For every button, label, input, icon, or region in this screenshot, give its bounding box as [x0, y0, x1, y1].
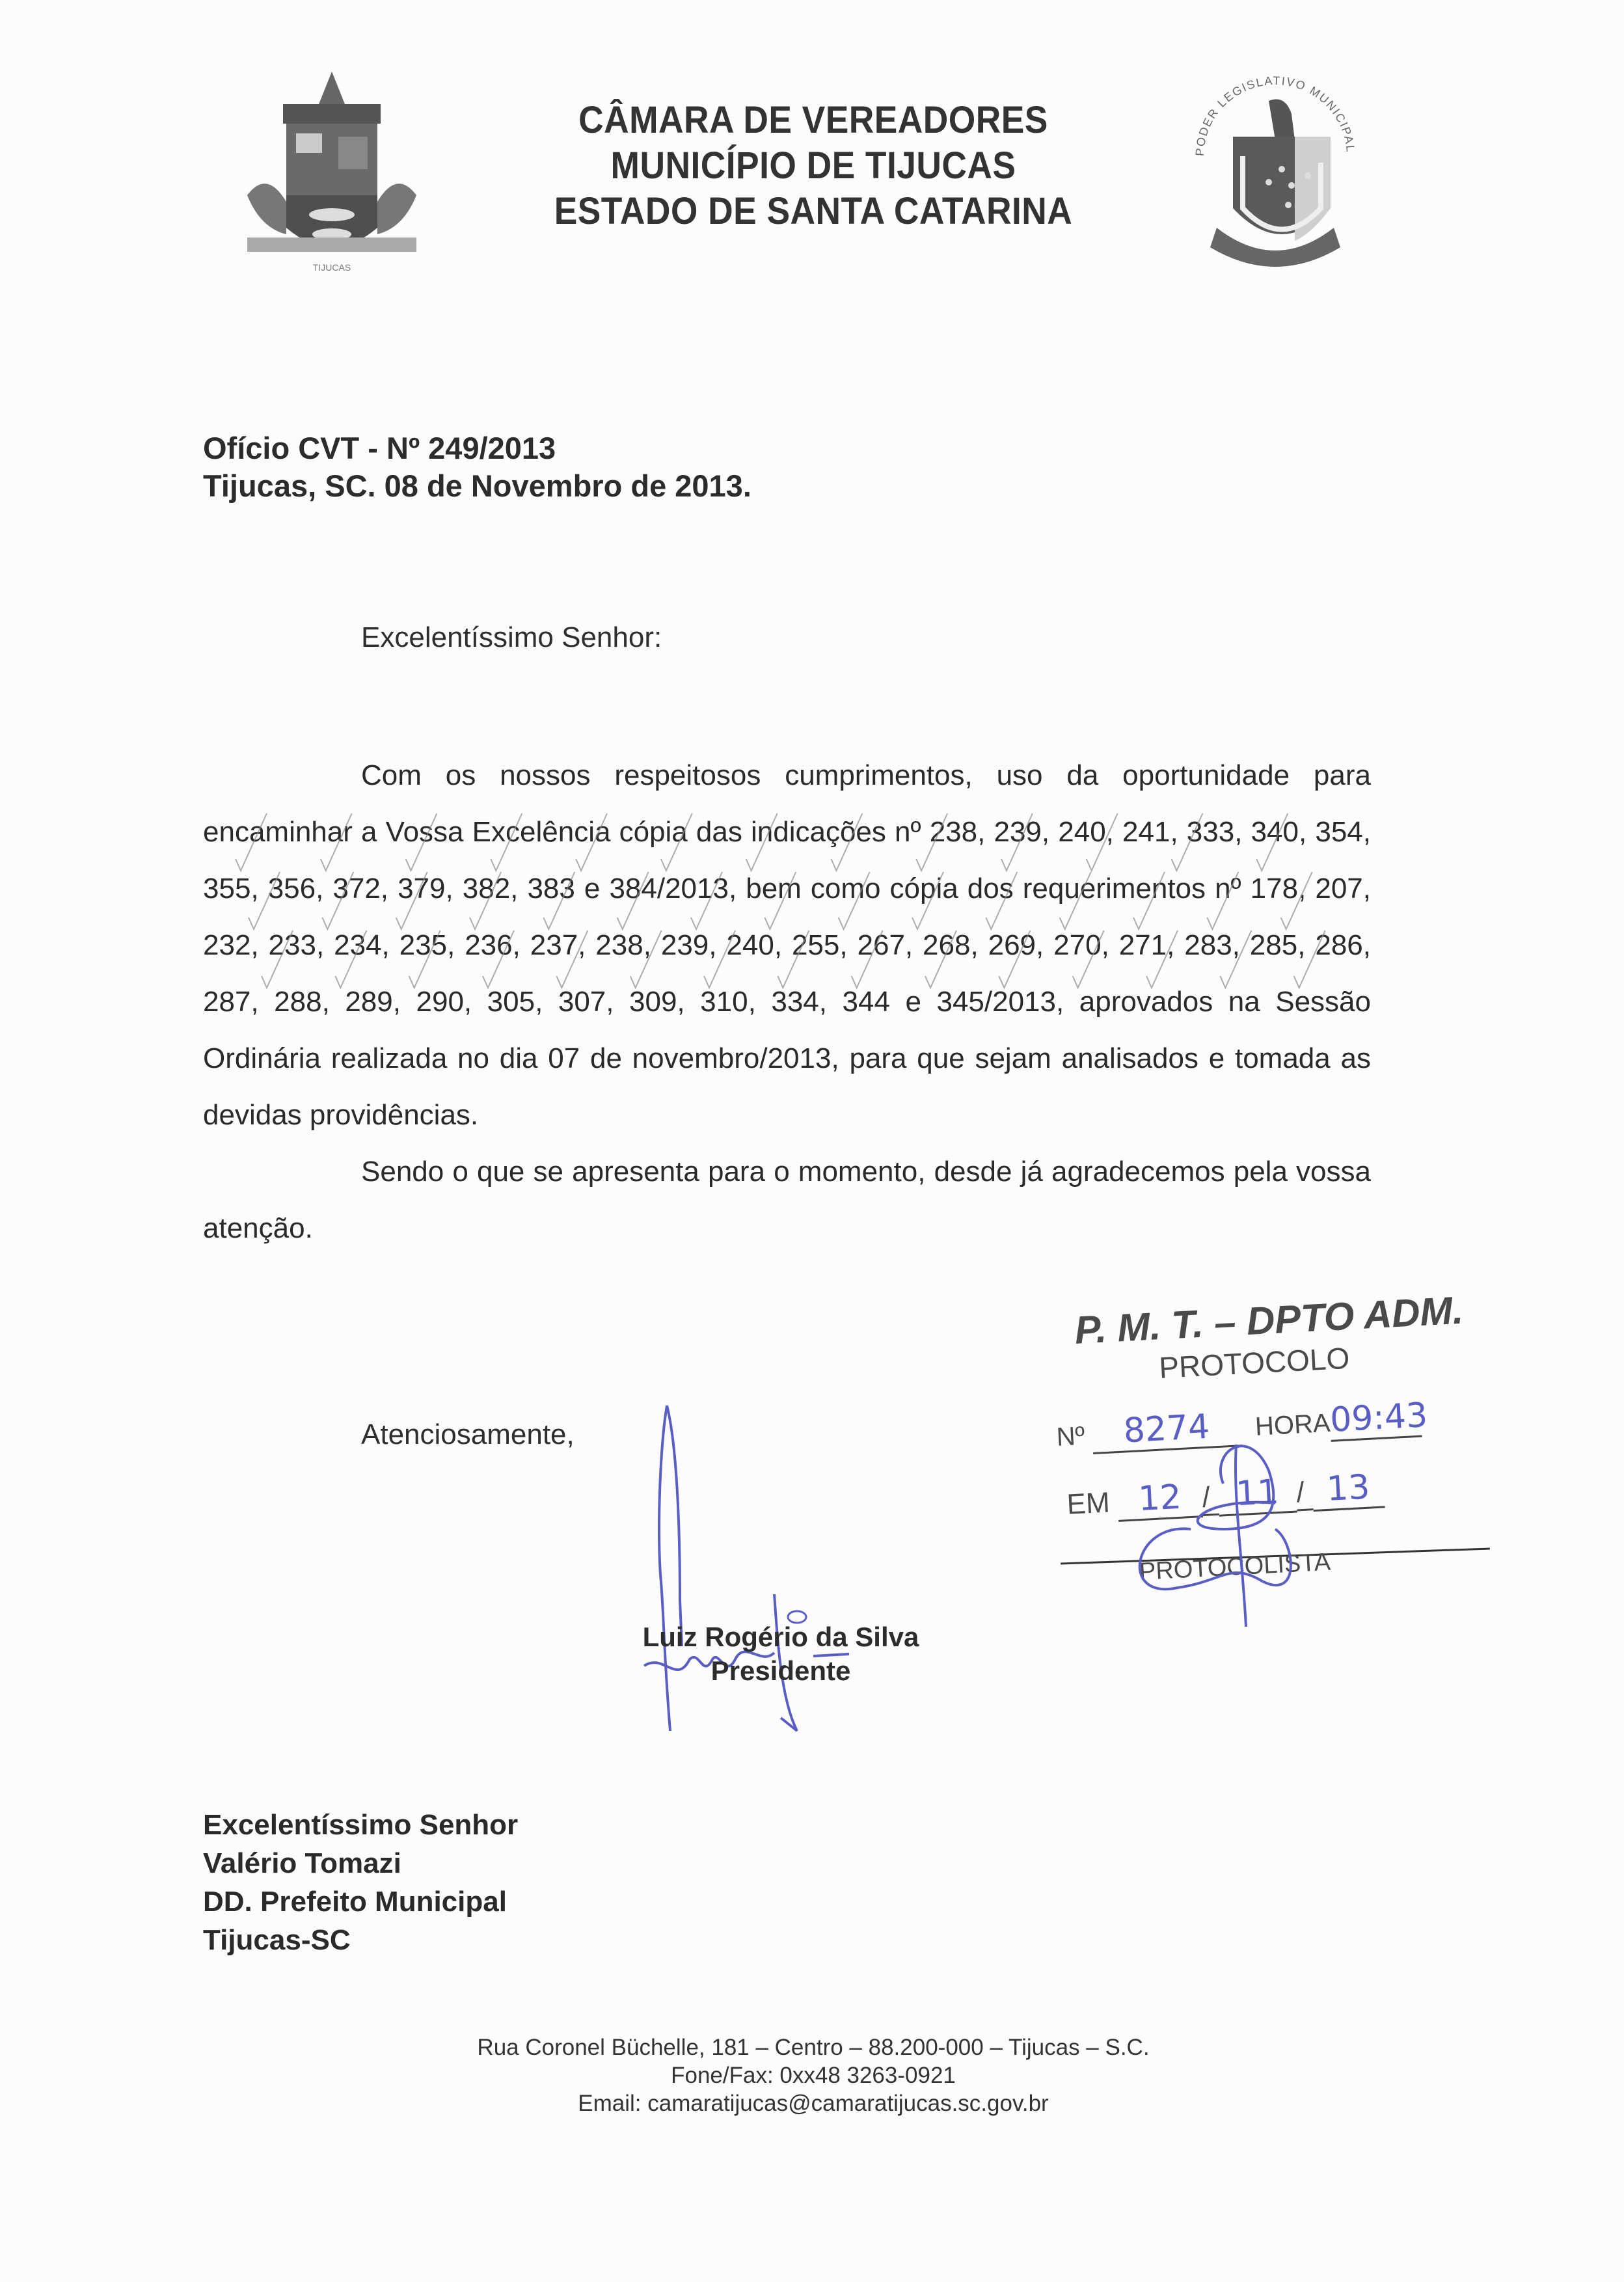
signature-icon [638, 1392, 1002, 1757]
body-paragraph-2: Sendo o que se apresenta para o momento,… [203, 1143, 1371, 1256]
stamp-number-label: Nº [1056, 1422, 1086, 1452]
place-date: Tijucas, SC. 08 de Novembro de 2013. [203, 467, 751, 505]
addressee-line-4: Tijucas-SC [203, 1921, 518, 1959]
oficio-block: Ofício CVT - Nº 249/2013 Tijucas, SC. 08… [203, 429, 751, 505]
letterhead-title: CÂMARA DE VEREADORES MUNICÍPIO DE TIJUCA… [455, 98, 1171, 234]
addressee-line-2: Valério Tomazi [203, 1844, 518, 1882]
signer-title: Presidente [618, 1654, 943, 1688]
addressee-line-3: DD. Prefeito Municipal [203, 1882, 518, 1921]
stamp-title: P. M. T. – DPTO ADM. [1074, 1288, 1465, 1353]
salutation: Excelentíssimo Senhor: [361, 621, 662, 654]
handwritten-checkmarks [215, 768, 1386, 1041]
stamp-subtitle: PROTOCOLO [1158, 1340, 1351, 1385]
addressee-line-1: Excelentíssimo Senhor [203, 1806, 518, 1844]
legislative-seal-icon: PODER LEGISLATIVO MUNICIPAL [1178, 65, 1373, 286]
signer-block: Luiz Rogério da Silva Presidente [618, 1620, 943, 1688]
stamp-date-label: EM [1066, 1487, 1110, 1521]
svg-text:TIJUCAS: TIJUCAS [313, 262, 351, 273]
footer-phone: Fone/Fax: 0xx48 3263-0921 [299, 2061, 1327, 2089]
oficio-number: Ofício CVT - Nº 249/2013 [203, 429, 751, 467]
letterhead-line-3: ESTADO DE SANTA CATARINA [484, 189, 1143, 234]
addressee-block: Excelentíssimo Senhor Valério Tomazi DD.… [203, 1806, 518, 1959]
letterhead-line-2: MUNICÍPIO DE TIJUCAS [484, 143, 1143, 189]
footer: Rua Coronel Büchelle, 181 – Centro – 88.… [299, 2033, 1327, 2117]
signer-name: Luiz Rogério da Silva [618, 1620, 943, 1654]
municipal-coat-of-arms-icon: TIJUCAS [234, 65, 429, 280]
letterhead-line-1: CÂMARA DE VEREADORES [484, 98, 1143, 143]
footer-address: Rua Coronel Büchelle, 181 – Centro – 88.… [299, 2033, 1327, 2061]
footer-email[interactable]: Email: camaratijucas@camaratijucas.sc.go… [299, 2089, 1327, 2117]
closing: Atenciosamente, [361, 1419, 575, 1451]
stamp-initials-icon [1106, 1432, 1399, 1640]
